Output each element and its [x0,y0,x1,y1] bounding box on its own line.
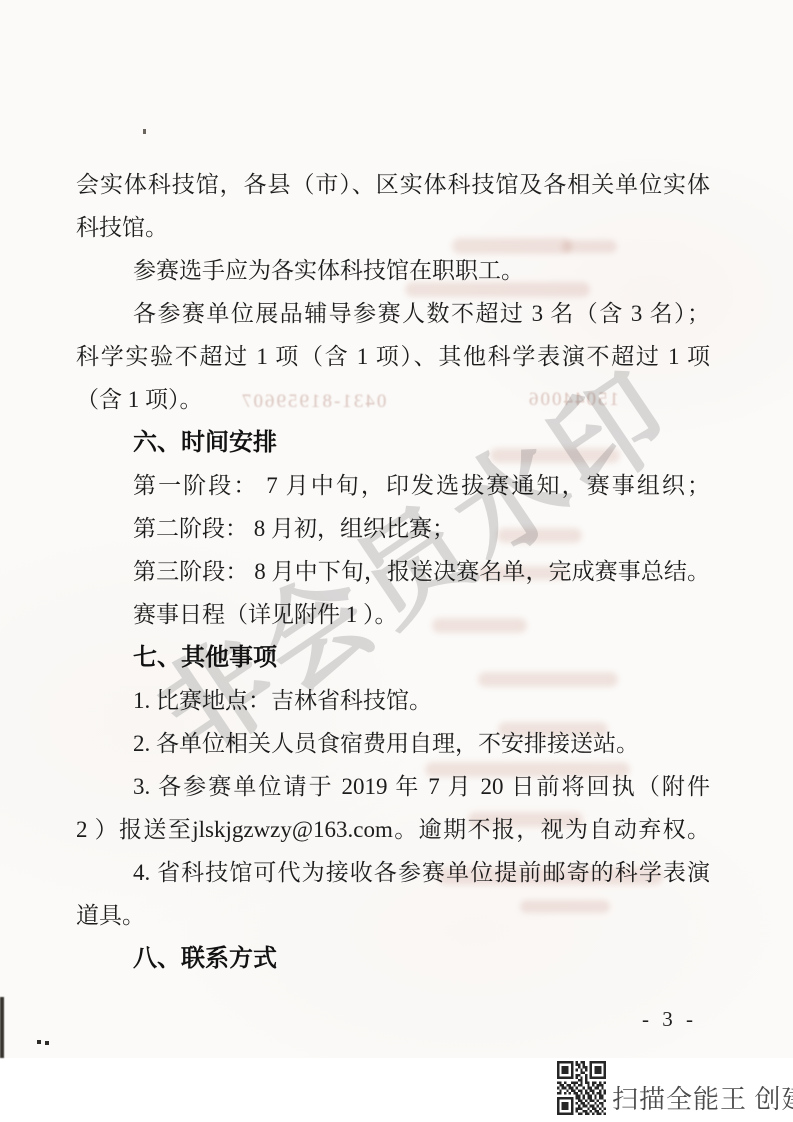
bleed-through-artifact [490,448,620,463]
text-line: 会实体科技馆，各县（市）、区实体科技馆及各相关单位实体 [76,163,710,206]
bleed-through-mobile: 15044006 [527,389,619,411]
bleed-through-artifact [452,238,572,254]
text-line: 2 ）报送至jlskjgzwzy@163.com。逾期不报，视为自动弃权。 [76,808,710,851]
text-line: 第三阶段： 8 月中下旬，报送决赛名单，完成赛事总结。 [76,550,710,593]
text-line: 2. 各单位相关人员食宿费用自理，不安排接送站。 [76,722,710,765]
text-line: 赛事日程（详见附件 1 ）。 [76,593,710,636]
bleed-through-artifact [468,812,583,827]
section-heading: 八、联系方式 [76,937,710,980]
qr-code [557,1061,606,1115]
bleed-through-artifact [497,528,582,543]
bleed-through-artifact [562,240,617,253]
text-line: 第一阶段： 7 月中旬，印发选拔赛通知，赛事组织； [76,464,710,507]
text-line: 参赛选手应为各实体科技馆在职职工。 [76,249,710,292]
text-line: 第二阶段： 8 月初，组织比赛； [76,507,710,550]
bleed-through-artifact [520,900,610,913]
text-line: 各参赛单位展品辅导参赛人数不超过 3 名（含 3 名）； [76,292,710,335]
footer-caption: 扫描全能王 创建 [612,1079,793,1116]
bleed-through-artifact [478,566,568,580]
bleed-through-artifact [478,672,618,687]
text-line: 道具。 [76,894,710,937]
document-text: 会实体科技馆，各县（市）、区实体科技馆及各相关单位实体科技馆。参赛选手应为各实体… [76,163,710,980]
bleed-through-phone: 0431-81959607 [240,391,386,413]
scanned-page: 会实体科技馆，各县（市）、区实体科技馆及各相关单位实体科技馆。参赛选手应为各实体… [0,0,793,1058]
bleed-through-artifact [432,618,527,633]
scan-dot [45,1041,49,1045]
scan-speck [143,129,146,134]
text-line: 科学实验不超过 1 项（含 1 项）、其他科学表演不超过 1 项 [76,335,710,378]
bleed-through-artifact [438,868,663,885]
bleed-through-artifact [498,722,608,737]
page-number: - 3 - [642,1007,697,1032]
bleed-through-artifact [425,762,630,777]
scan-edge-shadow [0,997,4,1058]
scan-dot [37,1040,41,1044]
bleed-through-artifact [405,282,590,297]
